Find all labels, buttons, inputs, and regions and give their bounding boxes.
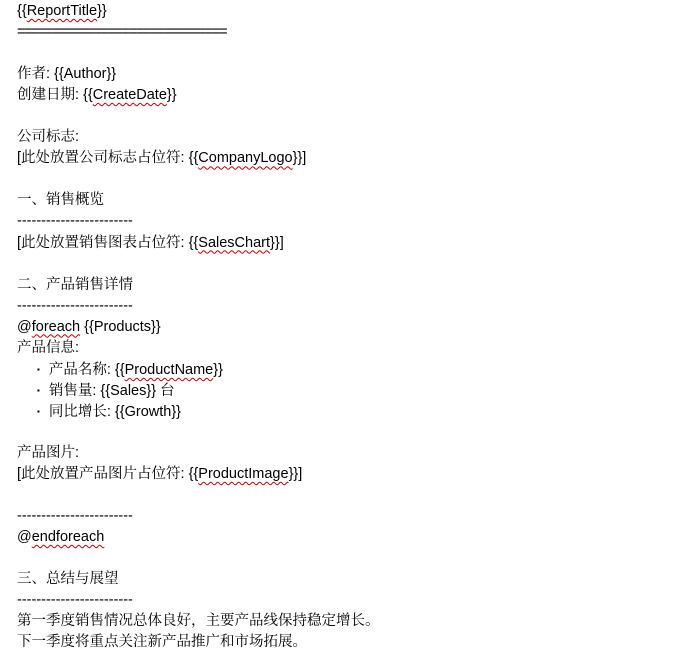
misspelled-token: foreach xyxy=(32,319,80,335)
text-segment: 三、总结与展望 xyxy=(17,571,119,587)
text-segment: }}] xyxy=(270,235,284,251)
misspelled-token: SalesChart xyxy=(198,235,270,251)
misspelled-token: ProductName xyxy=(125,362,214,378)
text-segment: [此处放置公司标志占位符: {{ xyxy=(17,150,198,166)
blank-line xyxy=(17,43,683,64)
text-segment: 产品图片: xyxy=(17,445,79,461)
summary-line-2: 下一季度将重点关注新产品推广和市场拓展。 xyxy=(17,632,683,653)
misspelled-token: CreateDate xyxy=(93,87,167,103)
text-segment: }} xyxy=(167,87,177,103)
bullet-icon: ▪ xyxy=(37,365,40,374)
report-title-line: {{ReportTitle}} xyxy=(17,1,683,22)
section-3-heading-line: 三、总结与展望 xyxy=(17,569,683,590)
text-segment: @ xyxy=(17,529,32,545)
text-segment: ============================== xyxy=(17,24,226,40)
blank-line xyxy=(17,169,683,190)
blank-line xyxy=(17,548,683,569)
sales-chart-placeholder-line: [此处放置销售图表占位符: {{SalesChart}}] xyxy=(17,233,683,254)
create-date-line: 创建日期: {{CreateDate}} xyxy=(17,85,683,106)
text-segment: }} xyxy=(213,362,223,378)
section-2-separator-line: ------------------------ xyxy=(17,296,683,317)
text-segment: [此处放置产品图片占位符: {{ xyxy=(17,466,198,482)
summary-line-1: 第一季度销售情况总体良好，主要产品线保持稳定增长。 xyxy=(17,611,683,632)
text-segment: [此处放置销售图表占位符: {{ xyxy=(17,235,198,251)
misspelled-token: CompanyLogo xyxy=(198,150,292,166)
text-segment: }} xyxy=(97,3,107,19)
text-segment: 产品信息: xyxy=(17,340,79,356)
author-line: 作者: {{Author}} xyxy=(17,64,683,85)
text-segment: 公司标志: xyxy=(17,129,79,145)
text-segment: ------------------------ xyxy=(17,508,133,524)
blank-line xyxy=(17,254,683,275)
text-segment: ------------------------ xyxy=(17,213,133,229)
text-segment: 创建日期: {{ xyxy=(17,87,93,103)
text-segment: {{ xyxy=(17,3,27,19)
product-image-placeholder-line: [此处放置产品图片占位符: {{ProductImage}}] xyxy=(17,464,683,485)
document-page: {{ReportTitle}}=========================… xyxy=(0,0,689,655)
section-3-separator-line: ------------------------ xyxy=(17,590,683,611)
bullet-icon: ▪ xyxy=(37,407,40,416)
company-logo-label-line: 公司标志: xyxy=(17,127,683,148)
misspelled-token: ReportTitle xyxy=(27,3,97,19)
section-1-heading-line: 一、销售概览 xyxy=(17,190,683,211)
product-info-label-line: 产品信息: xyxy=(17,338,683,359)
text-segment: 一、销售概览 xyxy=(17,192,104,208)
text-segment: 产品名称: {{ xyxy=(49,362,125,378)
text-segment: 第一季度销售情况总体良好，主要产品线保持稳定增长。 xyxy=(17,613,380,629)
blank-line xyxy=(17,106,683,127)
product-image-label-line: 产品图片: xyxy=(17,443,683,464)
sales-bullet-line: ▪销售量: {{Sales}} 台 xyxy=(17,380,683,401)
bullet-icon: ▪ xyxy=(37,386,40,395)
text-segment: 作者: {{Author}} xyxy=(17,66,116,82)
loop-end-separator-line: ------------------------ xyxy=(17,506,683,527)
blank-line xyxy=(17,422,683,443)
endforeach-directive-line: @endforeach xyxy=(17,527,683,548)
growth-bullet-line: ▪同比增长: {{Growth}} xyxy=(17,401,683,422)
product-name-bullet-line: ▪产品名称: {{ProductName}} xyxy=(17,359,683,380)
company-logo-placeholder-line: [此处放置公司标志占位符: {{CompanyLogo}}] xyxy=(17,148,683,169)
text-segment: }}] xyxy=(289,466,303,482)
text-segment: @ xyxy=(17,319,32,335)
text-segment: 下一季度将重点关注新产品推广和市场拓展。 xyxy=(17,634,307,650)
foreach-directive-line: @foreach {{Products}} xyxy=(17,317,683,338)
text-segment: {{Products}} xyxy=(80,319,161,335)
text-segment: 同比增长: {{Growth}} xyxy=(49,404,181,420)
blank-line xyxy=(17,485,683,506)
text-segment: 二、产品销售详情 xyxy=(17,277,133,293)
section-1-separator-line: ------------------------ xyxy=(17,211,683,232)
misspelled-token: ProductImage xyxy=(198,466,288,482)
text-segment: ------------------------ xyxy=(17,298,133,314)
text-segment: ------------------------ xyxy=(17,592,133,608)
misspelled-token: endforeach xyxy=(32,529,105,545)
title-separator-line: ============================== xyxy=(17,22,683,43)
section-2-heading-line: 二、产品销售详情 xyxy=(17,275,683,296)
text-segment: }}] xyxy=(293,150,307,166)
text-segment: 销售量: {{Sales}} 台 xyxy=(49,383,175,399)
